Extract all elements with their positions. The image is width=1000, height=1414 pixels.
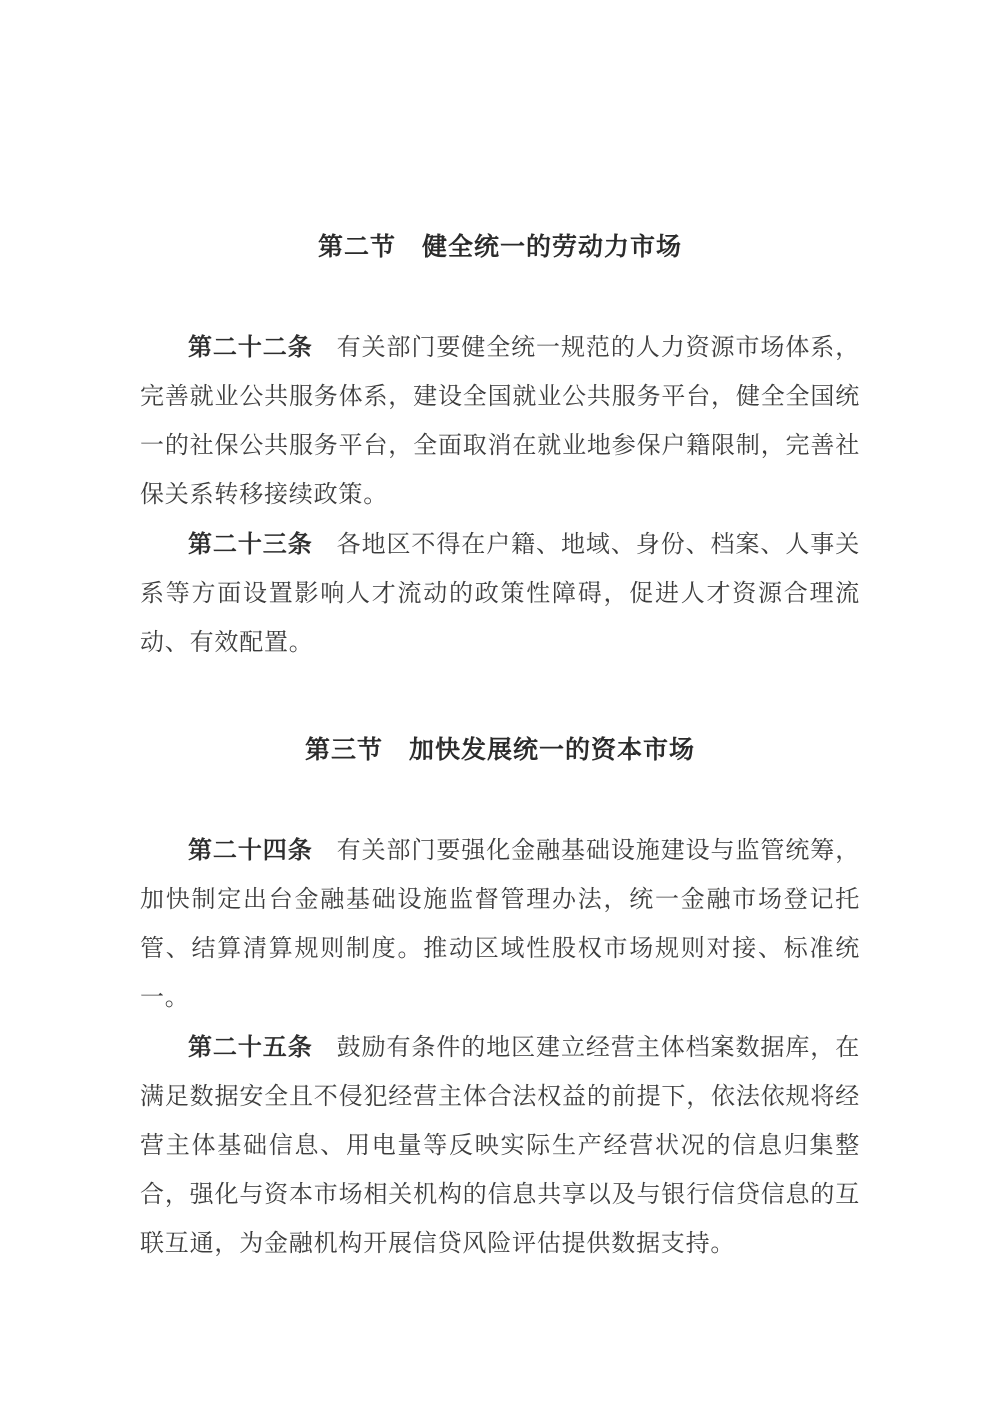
document-page: 第二节 健全统一的劳动力市场 第二十二条有关部门要健全统一规范的人力资源市场体系…	[0, 0, 1000, 1414]
article-25: 第二十五条鼓励有条件的地区建立经营主体档案数据库，在满足数据安全且不侵犯经营主体…	[140, 1023, 860, 1269]
section-heading-labor-market: 第二节 健全统一的劳动力市场	[140, 227, 860, 267]
article-22: 第二十二条有关部门要健全统一规范的人力资源市场体系，完善就业公共服务体系，建设全…	[140, 323, 860, 520]
article-25-number: 第二十五条	[188, 1034, 313, 1061]
article-22-number: 第二十二条	[188, 334, 313, 361]
section-heading-capital-market: 第三节 加快发展统一的资本市场	[140, 730, 860, 770]
article-24: 第二十四条有关部门要强化金融基础设施建设与监管统筹，加快制定出台金融基础设施监督…	[140, 826, 860, 1023]
article-25-text: 鼓励有条件的地区建立经营主体档案数据库，在满足数据安全且不侵犯经营主体合法权益的…	[140, 1035, 860, 1257]
article-23: 第二十三条各地区不得在户籍、地域、身份、档案、人事关系等方面设置影响人才流动的政…	[140, 520, 860, 668]
article-24-number: 第二十四条	[188, 837, 313, 864]
article-23-number: 第二十三条	[188, 531, 313, 558]
